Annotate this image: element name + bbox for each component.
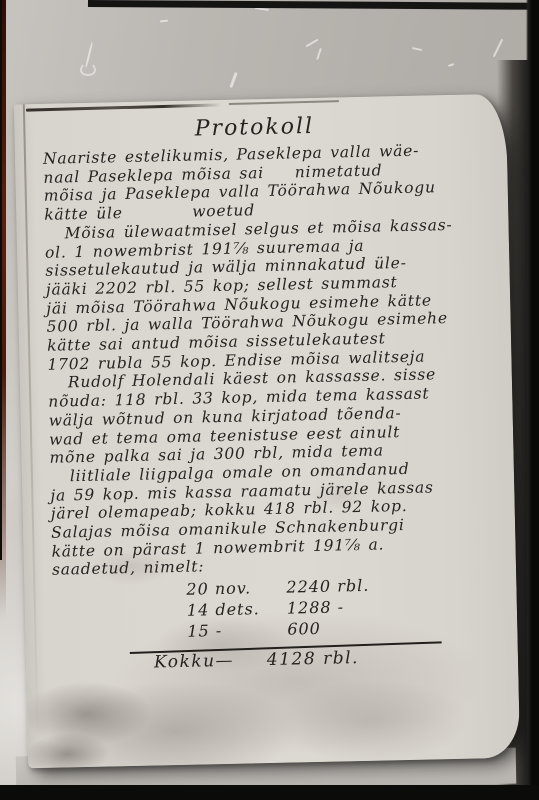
- paper-edge-line: [229, 100, 339, 105]
- payment-date: 14 dets.: [187, 598, 273, 621]
- handwritten-body: Naariste estelikumis, Paseklepa valla wä…: [43, 140, 504, 580]
- scratch-mark: [493, 39, 504, 58]
- film-frame-right: [526, 0, 539, 800]
- document-title: Protokoll: [154, 113, 354, 142]
- payment-amount: 1288 -: [287, 596, 345, 618]
- scratch-mark: [316, 48, 322, 60]
- scratch-mark: [305, 39, 318, 48]
- payment-list: 20 nov. 2240 rbl. 14 dets. 1288 - 15 - 6…: [186, 574, 417, 642]
- payment-date: 15 -: [187, 619, 273, 642]
- photograph: Protokoll Naariste estelikumis, Paseklep…: [0, 0, 539, 800]
- film-frame-left: [0, 0, 2, 560]
- scratch-mark: [80, 62, 96, 76]
- film-frame-bottom: [0, 785, 539, 800]
- scratch-mark: [412, 47, 422, 51]
- scratch-mark: [229, 72, 237, 88]
- paper-crease: [23, 104, 39, 741]
- total-label: Kokku—: [154, 651, 234, 673]
- payment-amount: 600: [287, 618, 321, 640]
- total-amount: 4128 rbl.: [267, 648, 359, 670]
- paper-edge-line: [26, 103, 222, 111]
- payment-amount: 2240 rbl.: [286, 575, 369, 598]
- payment-date: 20 nov.: [186, 577, 272, 600]
- scratch-mark: [160, 20, 168, 23]
- scratch-mark: [448, 63, 454, 67]
- document-page: Protokoll Naariste estelikumis, Paseklep…: [14, 94, 520, 769]
- payment-row: 15 - 600: [187, 616, 417, 642]
- total-row: Kokku— 4128 rbl.: [154, 648, 359, 672]
